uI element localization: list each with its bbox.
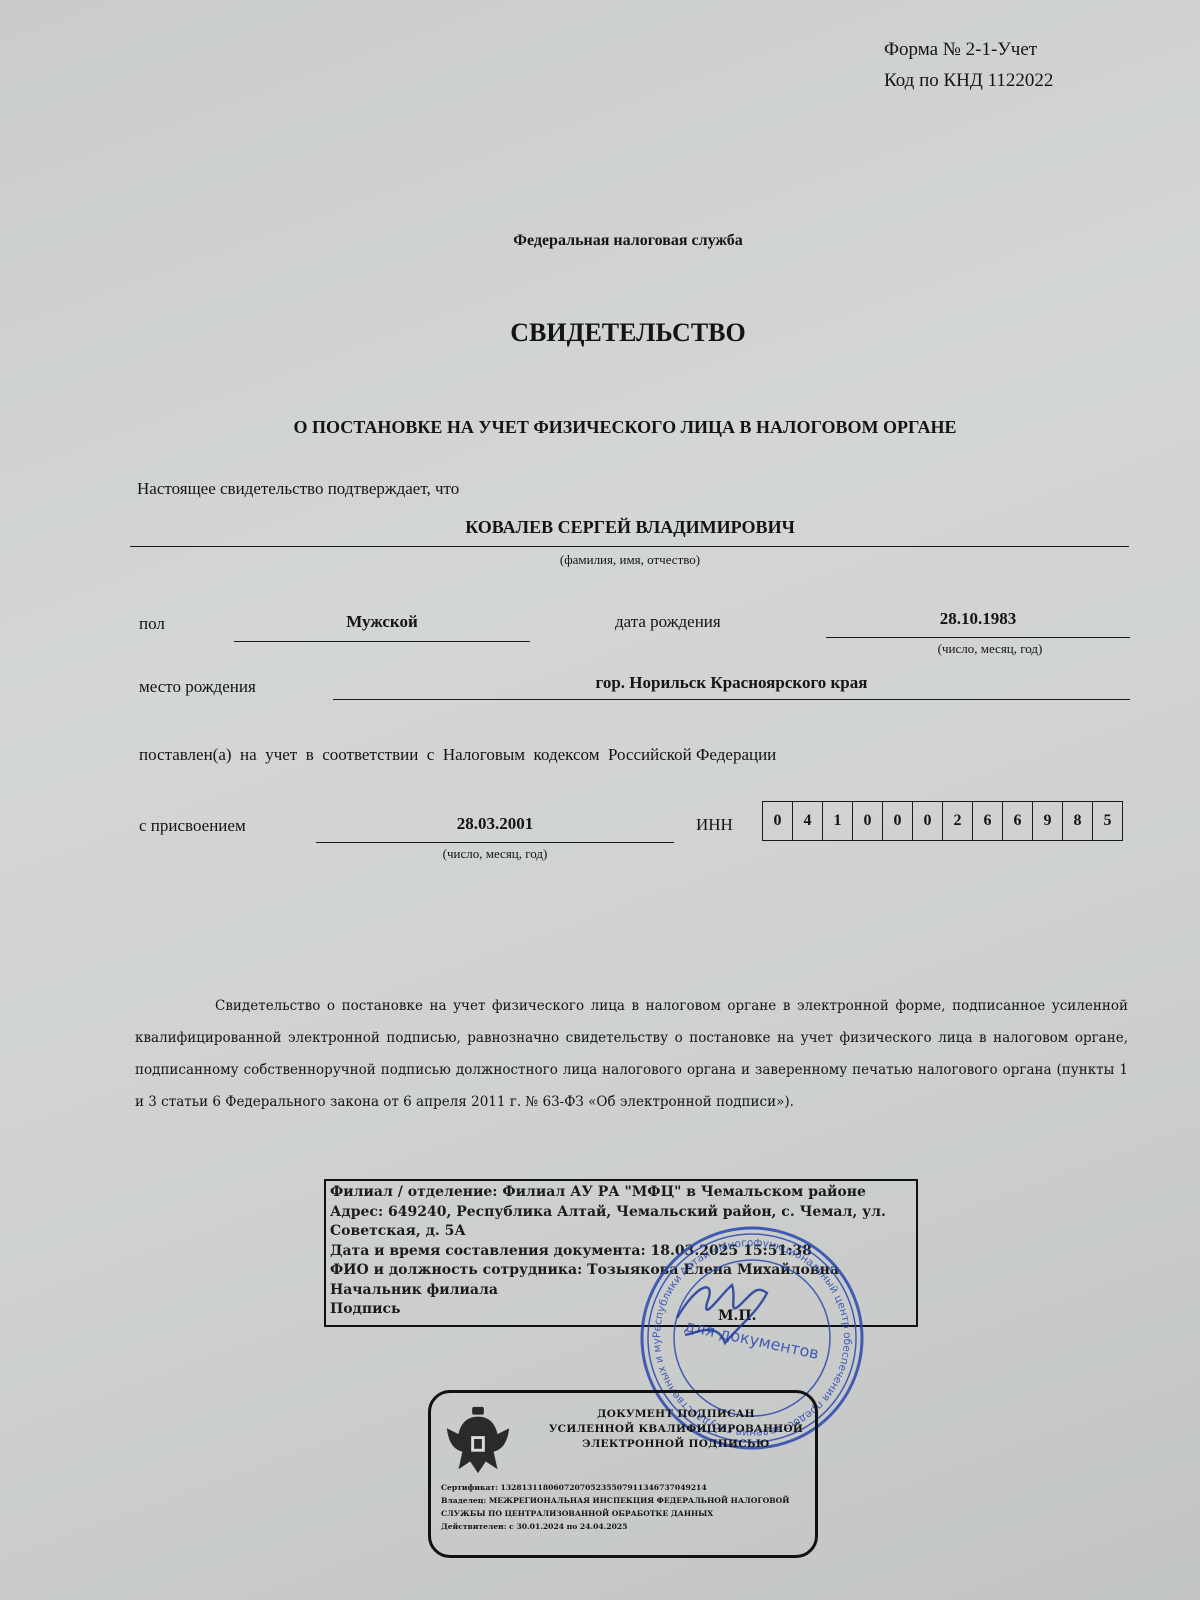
inn-digit: 0 (912, 802, 942, 840)
birth-date-underline (826, 637, 1130, 638)
inn-digit: 5 (1092, 802, 1122, 840)
document-subtitle: О ПОСТАНОВКЕ НА УЧЕТ ФИЗИЧЕСКОГО ЛИЦА В … (0, 417, 1200, 438)
inn-digit: 9 (1032, 802, 1062, 840)
sex-value: Мужской (234, 612, 530, 632)
certificate-number: Сертификат: 1328131180607207052355079113… (441, 1481, 811, 1494)
e-signature-heading: ДОКУМЕНТ ПОДПИСАН УСИЛЕННОЙ КВАЛИФИЦИРОВ… (541, 1407, 811, 1452)
knd-code: Код по КНД 1122022 (884, 65, 1053, 96)
legal-note-text: Свидетельство о постановке на учет физич… (135, 998, 1128, 1110)
e-signature-block: ДОКУМЕНТ ПОДПИСАН УСИЛЕННОЙ КВАЛИФИЦИРОВ… (428, 1390, 818, 1558)
form-number: Форма № 2-1-Учет (884, 34, 1053, 65)
birth-date-label: дата рождения (615, 612, 721, 632)
sex-underline (234, 641, 530, 642)
birth-date-value: 28.10.1983 (826, 609, 1130, 629)
full-name-value: КОВАЛЕВ СЕРГЕЙ ВЛАДИМИРОВИЧ (130, 517, 1130, 538)
inn-digit: 0 (882, 802, 912, 840)
inn-digit-boxes: 0 4 1 0 0 0 2 6 6 9 8 5 (762, 801, 1123, 841)
birth-place-value: гор. Норильск Красноярского края (333, 673, 1130, 693)
inn-digit: 2 (942, 802, 972, 840)
assigned-date-underline (316, 842, 674, 843)
certificate-owner: Владелец: МЕЖРЕГИОНАЛЬНАЯ ИНСПЕКЦИЯ ФЕДЕ… (441, 1494, 811, 1520)
registration-statement: поставлен(а) на учет в соответствии с На… (139, 745, 776, 765)
certificate-validity: Действителен: с 30.01.2024 по 24.04.2025 (441, 1520, 811, 1533)
mfc-branch: Филиал / отделение: Филиал АУ РА "МФЦ" в… (330, 1183, 912, 1203)
form-meta: Форма № 2-1-Учет Код по КНД 1122022 (884, 34, 1053, 96)
inn-digit: 0 (852, 802, 882, 840)
inn-digit: 1 (822, 802, 852, 840)
full-name-underline (130, 546, 1129, 547)
inn-label: ИНН (696, 815, 733, 835)
intro-text: Настоящее свидетельство подтверждает, чт… (137, 479, 459, 499)
assigned-label: с присвоением (139, 816, 246, 836)
coat-of-arms-icon (439, 1401, 517, 1479)
stamp-inner-text: для документов (683, 1316, 821, 1363)
mfc-address: Адрес: 649240, Республика Алтай, Чемальс… (330, 1203, 912, 1223)
inn-digit: 6 (1002, 802, 1032, 840)
assigned-date-caption: (число, месяц, год) (380, 846, 610, 862)
e-signature-meta: Сертификат: 1328131180607207052355079113… (441, 1481, 811, 1533)
assigned-date-value: 28.03.2001 (316, 814, 674, 834)
document-title: СВИДЕТЕЛЬСТВО (0, 318, 1200, 348)
full-name-caption: (фамилия, имя, отчество) (130, 552, 1130, 568)
inn-digit: 4 (792, 802, 822, 840)
birth-place-label: место рождения (139, 677, 256, 697)
sex-label: пол (139, 614, 165, 634)
legal-note: Свидетельство о постановке на учет физич… (135, 990, 1128, 1118)
birth-date-caption: (число, месяц, год) (875, 641, 1105, 657)
inn-digit: 6 (972, 802, 1002, 840)
agency-name: Федеральная налоговая служба (0, 232, 1200, 250)
birth-place-underline (333, 699, 1130, 700)
inn-digit: 8 (1062, 802, 1092, 840)
inn-digit: 0 (763, 802, 792, 840)
